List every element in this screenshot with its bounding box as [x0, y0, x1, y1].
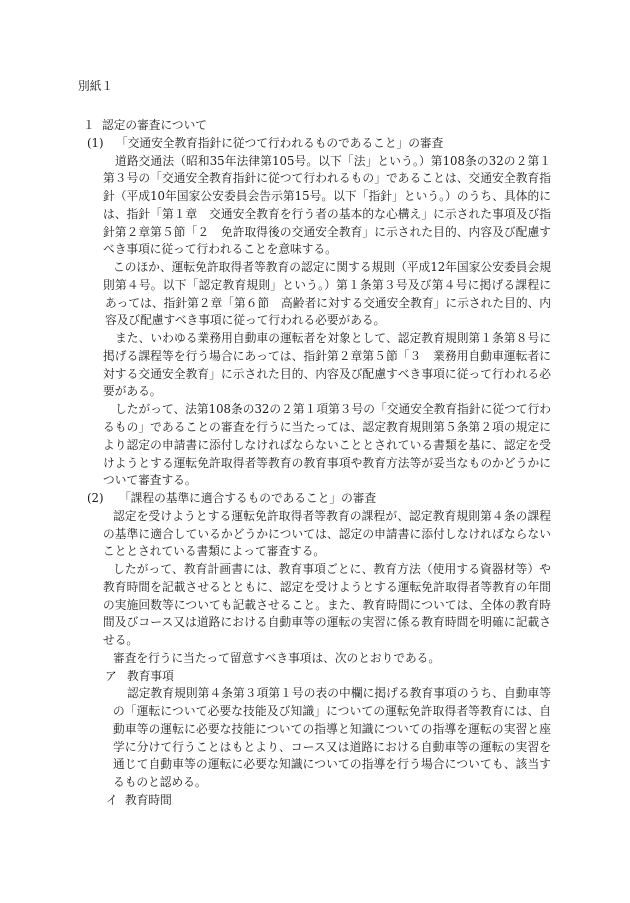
item-title: 教育事項 — [127, 667, 174, 685]
section-number: １ — [83, 116, 95, 134]
paragraph-line: の「運転について必要な技能及び知識」についての運転免許取得者等教育には、自 — [113, 702, 551, 720]
paragraph-line: せる。 — [103, 631, 138, 649]
paragraph-line: べき事項に従って行われることを意味する。 — [103, 240, 337, 258]
paragraph-line: の基準に適合しているかどうかについては、認定の申請書に添付しなければならない — [103, 525, 551, 543]
paragraph-line: 認定教育規則第４条第３項第１号の表の中欄に掲げる教育事項のうち、自動車等 — [127, 684, 551, 702]
paragraph-line: 対する交通安全教育」に示された目的、内容及び配慮すべき事項に従って行われる必 — [103, 365, 551, 383]
subsection-number: (2) — [87, 489, 104, 507]
paragraph-line: 要がある。 — [103, 382, 161, 400]
paragraph-line: したがって、教育計画書には、教育事項ごとに、教育方法（使用する資器材等）や — [113, 560, 551, 578]
paragraph-line: あっては、指針第２章「第６節 高齢者に対する交通安全教育」に示された目的、内 — [105, 294, 551, 312]
paragraph-line: 審査を行うに当たって留意すべき事項は、次のとおりである。 — [113, 649, 440, 667]
paragraph-line: 針（平成10年国家公安委員会告示第15号。以下「指針」という。）のうち、具体的に — [103, 187, 551, 205]
paragraph-line: の実施回数等についても記載させること。また、教育時間については、全体の教育時 — [103, 596, 551, 614]
paragraph-line: また、いわゆる業務用自動車の運転者を対象として、認定教育規則第１条第８号に — [115, 329, 551, 347]
subsection-title: 「交通安全教育指針に従つて行われるものであること」の審査 — [116, 134, 443, 152]
subsection-title: 「課程の基準に適合するものであること」の審査 — [119, 489, 376, 507]
subsection-number: (1) — [87, 134, 104, 152]
paragraph-line: 認定を受けようとする運転免許取得者等教育の課程が、認定教育規則第４条の課程 — [113, 507, 551, 525]
paragraph-line: ついて審査する。 — [103, 471, 197, 489]
paragraph-line: 掲げる課程等を行う場合にあっては、指針第２章第５節「３ 業務用自動車運転者に — [103, 347, 551, 365]
item-title: 教育時間 — [125, 791, 172, 809]
paragraph-line: 針第２章第５節「２ 免許取得後の交通安全教育」に示された目的、内容及び配慮す — [103, 223, 551, 241]
paragraph-line: したがって、法第108条の32の２第１項第３号の「交通安全教育指針に従つて行われ — [115, 400, 551, 418]
paragraph-line: は、指針「第１章 交通安全教育を行う者の基本的な心構え」に示された事項及び指 — [103, 205, 551, 223]
paragraph-line: るものと認める。 — [113, 773, 207, 791]
attachment-label: 別紙１ — [78, 77, 113, 95]
paragraph-line: 教育時間を記載させるとともに、認定を受けようとする運転免許取得者等教育の年間 — [103, 578, 551, 596]
paragraph-line: 間及びコース又は道路における自動車等の運転の実習に係る教育時間を明確に記載さ — [103, 613, 551, 631]
paragraph-line: より認定の申請書に添付しなければならないこととされている書類を基に、認定を受 — [103, 436, 551, 454]
paragraph-line: るもの」であることの審査を行うに当たっては、認定教育規則第５条第２項の規定に — [103, 418, 551, 436]
section-title: 認定の審査について — [102, 116, 207, 134]
paragraph-line: 道路交通法（昭和35年法律第105号。以下「法」という。）第108条の32の２第… — [115, 152, 551, 170]
paragraph-line: このほか、運転免許取得者等教育の認定に関する規則（平成12年国家公安委員会規 — [113, 258, 551, 276]
paragraph-line: 則第４号。以下「認定教育規則」という。）第１条第３号及び第４号に掲げる課程に — [103, 276, 551, 294]
paragraph-line: 学に分けて行うことはもとより、コース又は道路における自動車等の運転の実習を — [113, 738, 551, 756]
paragraph-line: 容及び配慮すべき事項に従って行われる必要がある。 — [105, 311, 385, 329]
paragraph-line: けようとする運転免許取得者等教育の教育事項や教育方法等が妥当なものかどうかに — [103, 454, 551, 472]
item-label: イ — [106, 791, 118, 809]
item-label: ア — [105, 667, 117, 685]
paragraph-line: 第３号の「交通安全教育指針に従つて行われるもの」であることは、交通安全教育指 — [103, 169, 551, 187]
paragraph-line: 通じて自動車等の運転に必要な知識についての指導を行う場合についても、該当す — [113, 755, 551, 773]
paragraph-line: こととされている書類によって審査する。 — [103, 542, 325, 560]
paragraph-line: 動車等の運転に必要な技能についての指導と知識についての指導を運転の実習と座 — [113, 720, 551, 738]
